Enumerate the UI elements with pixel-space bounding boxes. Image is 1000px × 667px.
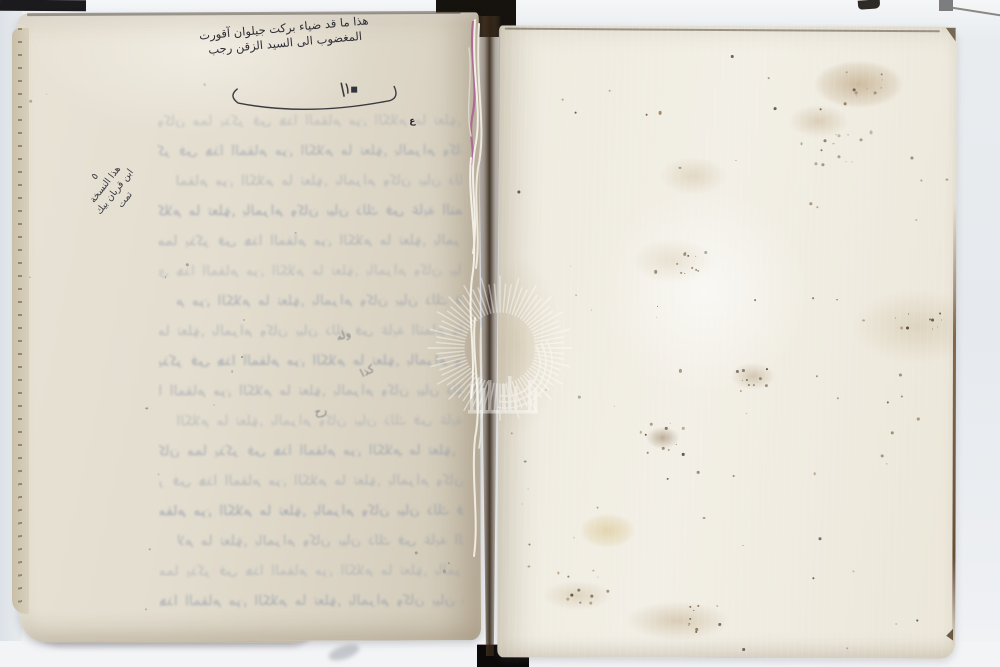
ink-speck <box>910 156 913 159</box>
ink-speck <box>906 326 909 329</box>
ink-speck <box>682 453 685 456</box>
ink-speck <box>687 255 689 257</box>
ink-speck <box>846 647 848 649</box>
ink-speck <box>814 162 817 165</box>
ink-speck <box>759 377 762 380</box>
ghost-text-line: كان مما يذكر في هذا المقام من الكلام ما … <box>158 442 463 457</box>
ink-speck <box>833 143 835 144</box>
ink-speck <box>606 590 609 593</box>
ink-speck <box>570 594 573 597</box>
ink-speck <box>158 473 160 475</box>
ink-speck <box>836 299 838 300</box>
ink-speck <box>895 317 896 318</box>
ink-speck <box>742 380 743 381</box>
ink-speck <box>241 356 243 358</box>
ink-speck <box>592 570 594 572</box>
ghost-text-line: كر في هذا المقام من الكلام ما تعلق بالمر… <box>157 142 462 157</box>
ink-speck <box>915 219 917 220</box>
ink-speck <box>812 297 814 299</box>
ink-speck <box>837 155 840 158</box>
corner-wear-bottom <box>946 629 953 641</box>
ink-speck <box>901 395 903 397</box>
ghost-text-line: ر في هذا المقام من الكلام ما تعلق بالمرا… <box>159 472 464 487</box>
ink-speck <box>746 413 747 414</box>
ink-speck <box>589 602 592 605</box>
marginal-ink-note: رح <box>313 404 328 419</box>
ink-speck <box>665 427 668 430</box>
ink-speck <box>937 327 938 328</box>
ink-speck <box>735 160 736 161</box>
ink-speck <box>836 134 837 135</box>
ghost-text-line: وكان مما يذكر في هذا المقام من الكلام ما… <box>157 112 462 127</box>
ink-speck <box>742 545 743 546</box>
corner-wear-top <box>946 28 956 42</box>
ink-speck <box>855 91 858 94</box>
ink-speck <box>670 423 671 424</box>
ink-speck <box>754 299 756 301</box>
ink-speck <box>695 631 697 633</box>
ink-speck <box>740 390 742 392</box>
ink-speck <box>753 384 755 386</box>
ink-speck <box>812 577 814 579</box>
ink-speck <box>837 397 839 399</box>
ink-speck <box>874 91 877 94</box>
ink-speck <box>590 595 593 598</box>
spine-headband-highlight <box>939 0 953 11</box>
ink-speck <box>145 608 147 610</box>
ink-speck <box>899 373 902 376</box>
ink-speck <box>917 417 920 420</box>
ink-speck <box>570 266 571 267</box>
ink-speck <box>891 431 894 434</box>
ink-speck <box>575 112 577 114</box>
show-through-text-block: وكان مما يذكر في هذا المقام من الكلام ما… <box>157 112 464 638</box>
ink-speck <box>941 320 942 321</box>
ink-speck <box>774 107 777 110</box>
foxing-specks-left <box>17 12 479 14</box>
ink-speck <box>824 139 827 142</box>
ink-speck <box>931 319 934 322</box>
ink-speck <box>545 390 547 391</box>
ink-speck <box>591 310 592 311</box>
ink-speck <box>881 87 882 88</box>
ink-speck <box>718 623 721 626</box>
ink-speck <box>716 605 718 607</box>
ink-speck <box>887 401 889 403</box>
ink-speck <box>517 190 520 193</box>
ghost-text-line: ا المقام من الكلام ما تعلق بالمرام وكان … <box>158 382 463 397</box>
ink-speck <box>851 161 852 162</box>
ink-speck <box>900 326 903 329</box>
ink-speck <box>920 180 922 182</box>
ink-speck <box>853 88 856 91</box>
ink-speck <box>662 447 665 450</box>
ink-speck <box>29 277 31 278</box>
ink-speck <box>527 565 530 567</box>
manuscript-photo: هذا ما قد ضياء بركت جيلوان آقورت المغضوب… <box>0 0 1000 667</box>
ink-speck <box>816 375 818 377</box>
ink-speck <box>929 319 931 321</box>
ink-speck <box>816 206 818 208</box>
ink-speck <box>578 396 581 399</box>
ink-speck <box>647 452 649 454</box>
ink-speck <box>932 329 933 330</box>
foxing-specks-right <box>499 25 957 26</box>
ink-speck <box>862 319 865 321</box>
folio-number: ١٠ <box>343 79 360 98</box>
ink-speck <box>895 623 897 624</box>
ink-speck <box>939 313 941 315</box>
ink-speck <box>659 111 662 115</box>
ink-speck <box>845 161 846 162</box>
ink-speck <box>856 95 857 96</box>
ink-speck <box>768 77 770 79</box>
ink-speck <box>704 251 707 254</box>
ink-speck <box>838 134 841 137</box>
ink-speck <box>746 379 748 381</box>
ink-speck <box>678 167 681 169</box>
ink-speck <box>680 272 682 274</box>
ink-speck <box>573 537 574 539</box>
ink-speck <box>945 179 948 181</box>
ink-speck <box>697 605 699 607</box>
ink-speck <box>567 576 569 578</box>
ink-speck <box>736 370 739 373</box>
ghost-text-line: كلام ما تعلق بالمرام وكان بيان ذلك في غا… <box>158 202 463 217</box>
ink-speck <box>733 475 735 477</box>
ink-speck <box>688 625 689 626</box>
ink-speck <box>695 269 697 271</box>
paste-brush-texture <box>497 25 957 658</box>
ghost-text-line: لمقام من الكلام ما تعلق بالمرام وكان بيا… <box>176 172 463 187</box>
ink-speck <box>852 570 854 572</box>
ink-speck <box>676 444 677 445</box>
ghost-text-line: مما يذكر في هذا المقام من الكلام ما تعلق… <box>158 232 463 247</box>
ink-speck <box>29 100 32 103</box>
fore-edge-stack <box>12 28 29 614</box>
ink-speck <box>818 537 821 540</box>
ink-speck <box>679 369 682 373</box>
ink-speck <box>577 589 580 592</box>
ink-speck <box>46 94 47 95</box>
ink-speck <box>683 253 686 256</box>
ink-speck <box>640 431 642 434</box>
ink-speck <box>579 602 581 604</box>
ink-speck <box>203 83 206 86</box>
ink-speck <box>908 313 909 314</box>
right-page <box>497 25 957 658</box>
ink-speck <box>213 404 215 406</box>
ghost-text-line: هذا المقام من الكلام ما تعلق بالمرام وكا… <box>159 592 464 607</box>
ink-speck <box>528 543 530 545</box>
ink-speck <box>566 598 569 601</box>
ink-speck <box>809 202 812 205</box>
ink-speck <box>703 517 706 519</box>
ink-speck <box>657 306 658 307</box>
ink-speck <box>848 134 849 135</box>
ink-speck <box>697 270 699 272</box>
ink-speck <box>844 102 847 105</box>
ink-speck <box>691 267 693 269</box>
ink-speck <box>650 423 653 426</box>
ink-speck <box>821 163 824 166</box>
ghost-text-line: لام ما تعلق بالمرام وكان بيان ذلك في غاي… <box>177 532 464 547</box>
ghost-text-line: ي هذا المقام من الكلام ما تعلق بالمرام و… <box>158 262 463 277</box>
ink-speck <box>186 263 189 266</box>
ink-speck <box>742 369 745 372</box>
ink-speck <box>820 149 822 151</box>
ink-speck <box>667 478 669 480</box>
ink-speck <box>689 606 691 608</box>
ink-speck <box>682 427 685 430</box>
ink-speck <box>881 73 883 75</box>
ink-speck <box>597 507 599 509</box>
cradle-bar <box>0 0 86 11</box>
ownership-inscription: هذا ما قد ضياء بركت جيلوان آقورت المغضوب… <box>166 10 403 61</box>
ink-speck <box>243 319 245 321</box>
ink-speck <box>614 406 615 407</box>
ink-speck <box>881 454 884 457</box>
ink-speck <box>646 114 648 116</box>
ink-speck <box>742 648 745 651</box>
ink-speck <box>697 471 700 474</box>
ink-speck <box>870 130 873 134</box>
ink-speck <box>814 472 816 475</box>
ink-speck <box>765 384 768 387</box>
ghost-text-line: مما يذكر في هذا المقام من الكلام ما تعلق… <box>159 562 464 577</box>
ink-speck <box>684 273 685 274</box>
ink-speck <box>231 370 233 373</box>
ink-speck <box>149 548 151 550</box>
background-debris <box>858 0 881 10</box>
ink-speck <box>695 256 696 257</box>
ink-speck <box>801 142 803 145</box>
ink-speck <box>748 384 750 386</box>
ghost-text-line: مقام من الكلام ما تعلق بالمرام وكان بيان… <box>159 502 464 517</box>
ink-speck <box>609 90 611 92</box>
ink-speck <box>597 577 598 578</box>
ink-speck <box>731 55 734 58</box>
ink-speck <box>524 460 527 462</box>
ink-speck <box>693 610 694 611</box>
ghost-text-line: م من الكلام ما تعلق بالمرام وكان بيان ذل… <box>176 292 463 307</box>
ink-speck <box>562 99 564 101</box>
ink-speck <box>882 79 883 80</box>
ink-speck <box>860 138 863 141</box>
ink-speck <box>557 572 559 575</box>
ink-speck <box>916 619 918 621</box>
ink-speck <box>645 434 647 436</box>
ink-speck <box>820 108 822 110</box>
ink-speck <box>867 88 868 89</box>
ink-speck <box>766 368 768 370</box>
ink-speck <box>846 71 848 73</box>
ink-speck <box>145 407 148 409</box>
margin-note: ٥ هذا النسخة ابن قربان بيك تمت <box>51 122 170 255</box>
ink-speck <box>522 503 523 504</box>
left-page: هذا ما قد ضياء بركت جيلوان آقورت المغضوب… <box>17 12 481 642</box>
ghost-text-line: ما تعلق بالمرام وكان بيان ذلك في غاية ال… <box>158 322 463 337</box>
ghost-text-line: يذكر في هذا المقام من الكلام ما تعلق بال… <box>158 352 463 367</box>
ink-speck <box>654 270 657 274</box>
ink-speck <box>689 618 691 620</box>
ink-speck <box>575 295 577 296</box>
ink-speck <box>668 449 670 451</box>
ink-speck <box>676 263 678 265</box>
ink-speck <box>528 488 529 489</box>
ink-speck <box>656 317 657 318</box>
binding-threads <box>445 18 515 578</box>
ink-speck <box>886 463 888 464</box>
